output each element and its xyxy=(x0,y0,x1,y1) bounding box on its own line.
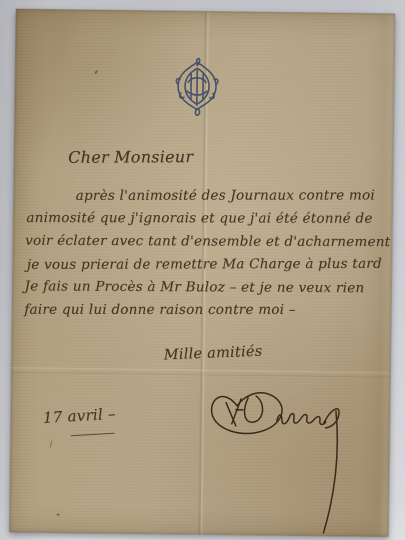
salutation-line: Cher Monsieur xyxy=(68,147,193,167)
letter-line: après l'animosité des Journaux contre mo… xyxy=(76,187,375,203)
ink-speck xyxy=(94,70,98,74)
letter-line: Je fais un Procès à Mr Buloz – et je ne … xyxy=(24,278,364,296)
paper-edge-wear xyxy=(378,14,395,537)
monogram-icon xyxy=(175,55,220,120)
letter-line: animosité que j'ignorais et que j'ai été… xyxy=(26,210,372,227)
letter-line: voir éclater avec tant d'ensemble et d'a… xyxy=(25,233,390,250)
signature xyxy=(205,379,347,536)
letter-line: je vous prierai de remettre Ma Charge à … xyxy=(27,256,382,273)
closing-line: Mille amitiés xyxy=(163,344,262,364)
ink-speck xyxy=(49,439,52,448)
date-underline xyxy=(71,433,115,437)
ink-speck xyxy=(57,514,60,516)
letter-line: faire qui lui donne raison contre moi – xyxy=(24,302,296,318)
letter-photo: Cher Monsieur après l'animosité des Jour… xyxy=(0,0,405,540)
date-line: 17 avril – xyxy=(42,405,116,427)
letter-sheet: Cher Monsieur après l'animosité des Jour… xyxy=(9,9,395,537)
